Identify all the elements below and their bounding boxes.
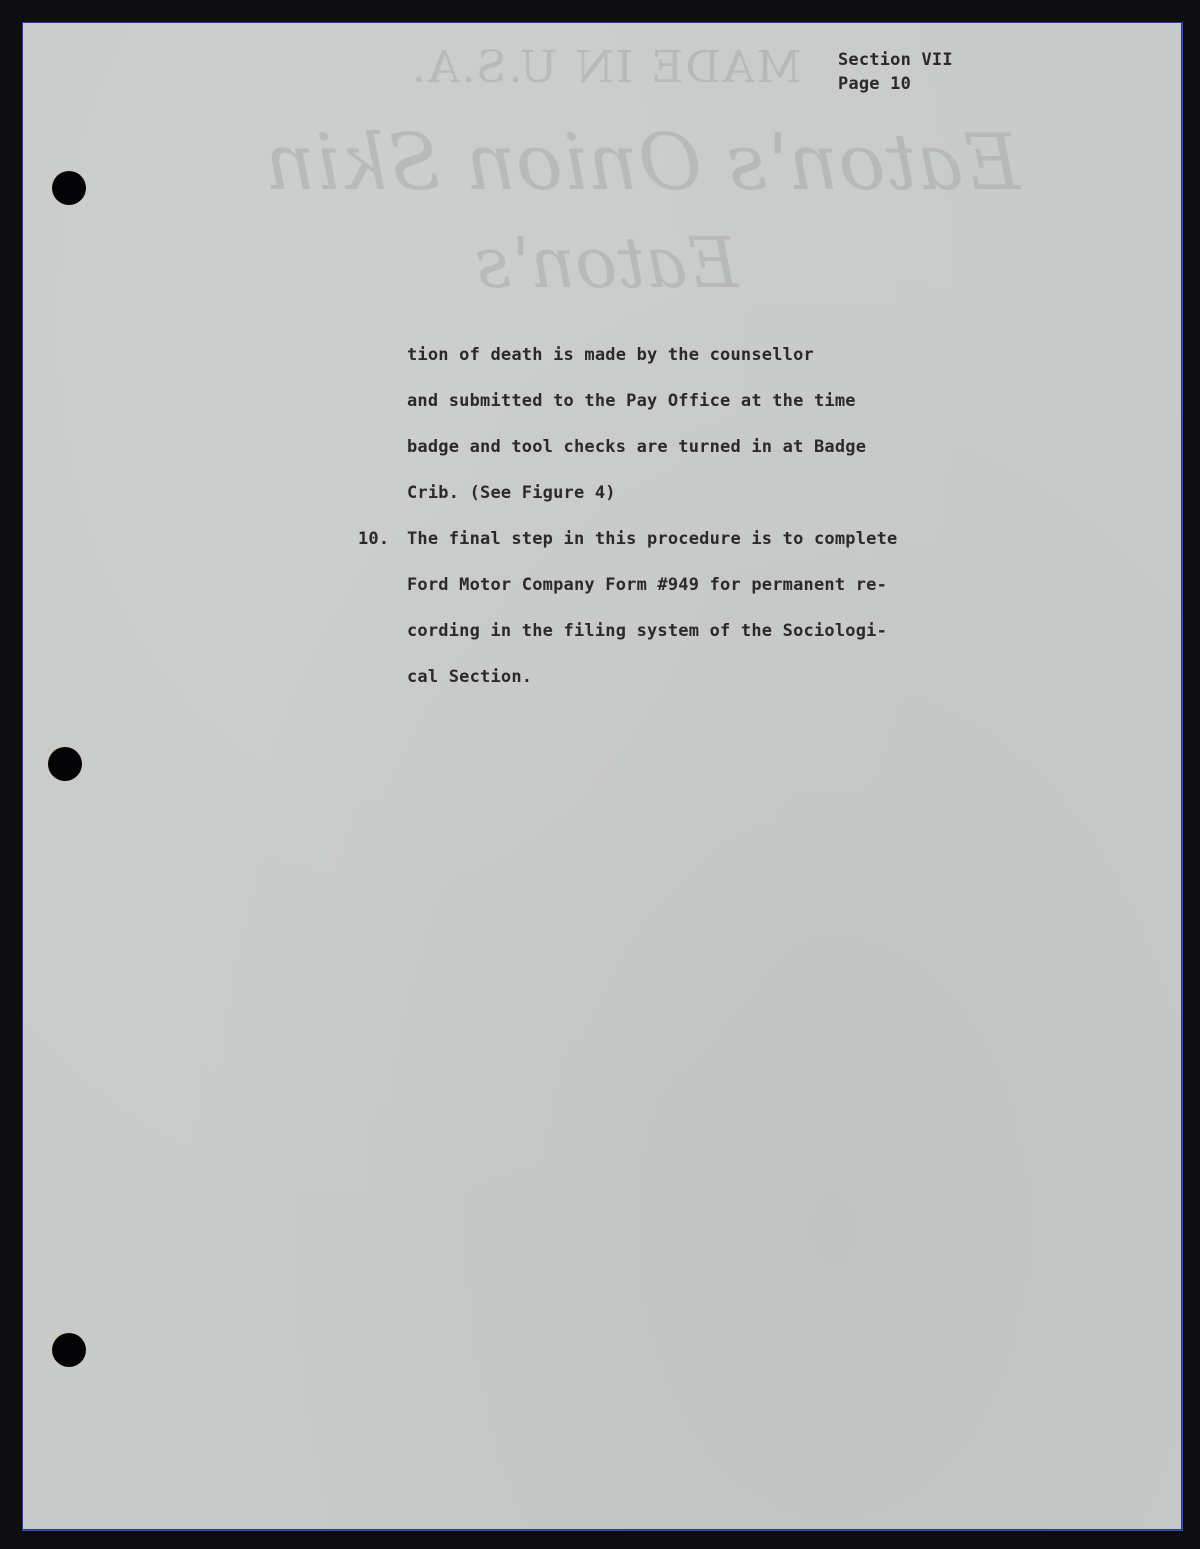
body-line-1: tion of death is made by the counsellor: [407, 345, 814, 365]
list-item-line-3: cording in the filing system of the Soci…: [407, 621, 887, 641]
section-label: Section VII: [838, 48, 953, 72]
body-line-4: Crib. (See Figure 4): [407, 483, 616, 503]
punch-hole-top: [52, 171, 86, 205]
document-page: [22, 22, 1183, 1531]
list-item-line-1: The final step in this procedure is to c…: [407, 529, 897, 549]
body-line-2: and submitted to the Pay Office at the t…: [407, 391, 856, 411]
punch-hole-middle: [48, 747, 82, 781]
punch-hole-bottom: [52, 1333, 86, 1367]
list-item-line-4: cal Section.: [407, 667, 532, 687]
body-line-3: badge and tool checks are turned in at B…: [407, 437, 866, 457]
list-item-number: 10.: [358, 529, 389, 549]
page-number: Page 10: [838, 72, 911, 96]
list-item-line-2: Ford Motor Company Form #949 for permane…: [407, 575, 887, 595]
